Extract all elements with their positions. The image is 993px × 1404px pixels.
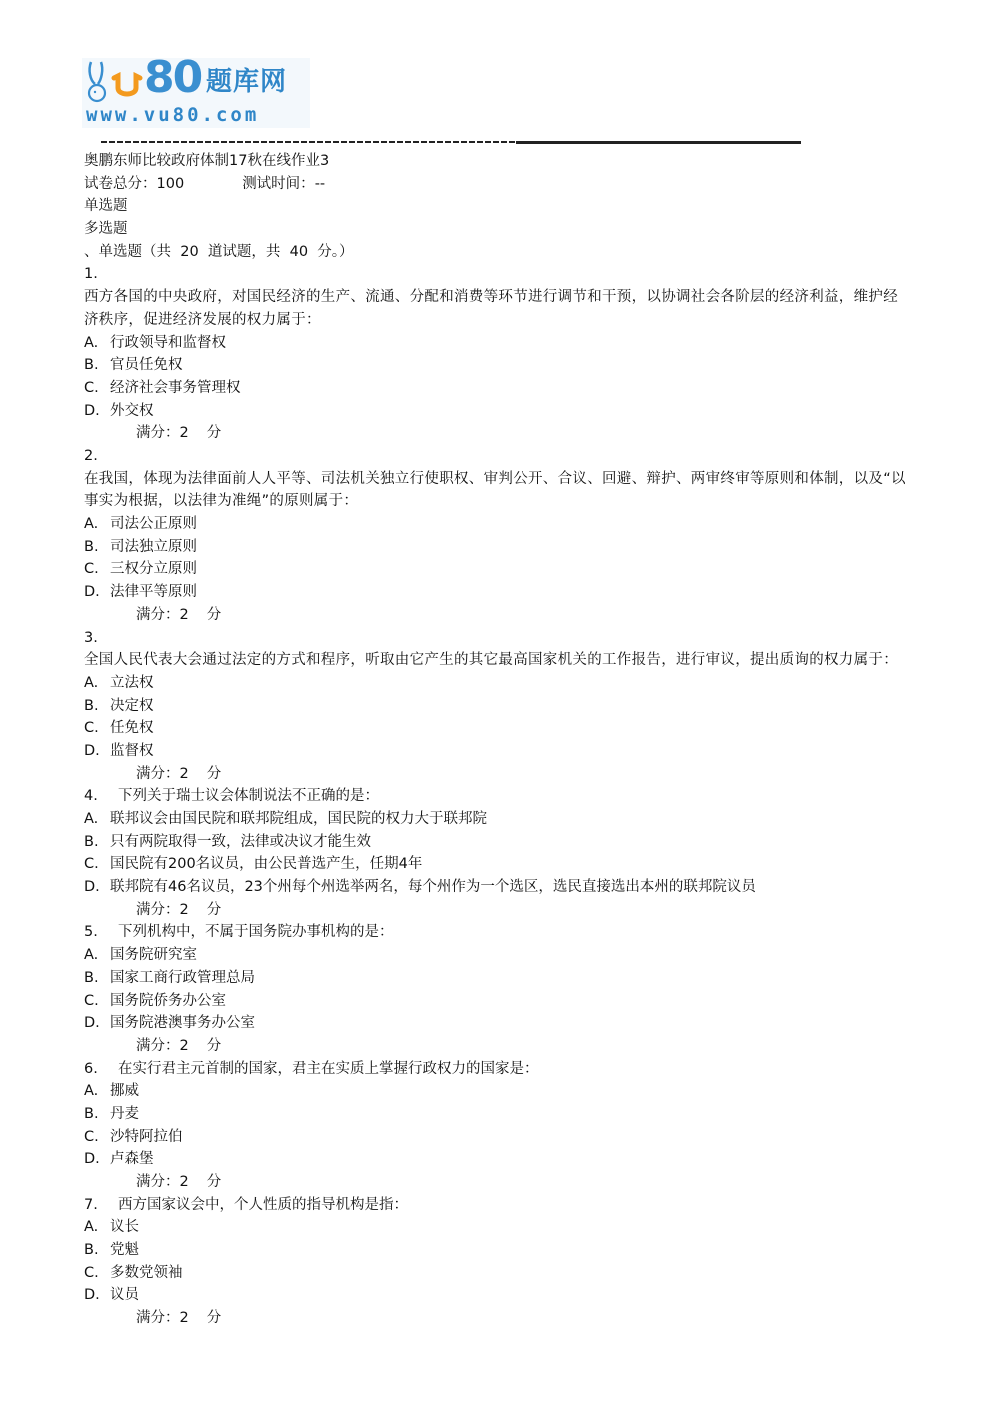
option-d: D.卢森堡	[84, 1148, 914, 1171]
option-letter: C.	[84, 1126, 110, 1149]
separator-solid	[516, 141, 801, 144]
option-letter: B.	[84, 967, 110, 990]
option-a: A.行政领导和监督权	[84, 332, 914, 355]
option-c: C.多数党领袖	[84, 1262, 914, 1285]
total-score-value: 100	[157, 176, 185, 192]
option-text: 卢森堡	[110, 1151, 154, 1167]
logo-brand-number: 80	[144, 52, 201, 104]
question-stem: 在我国，体现为法律面前人人平等、司法机关独立行使职权、审判公开、合议、回避、辩护…	[84, 468, 909, 513]
option-d: D.联邦院有46名议员，23个州每个州选举两名，每个州作为一个选区，选民直接选出…	[84, 876, 914, 899]
option-a: A.国务院研究室	[84, 944, 914, 967]
exam-meta: 试卷总分：100测试时间：--	[84, 173, 914, 196]
option-letter: D.	[84, 876, 110, 899]
option-text: 国务院研究室	[110, 947, 197, 963]
option-text: 外交权	[110, 403, 154, 419]
option-letter: B.	[84, 354, 110, 377]
option-text: 监督权	[110, 743, 154, 759]
option-c: C.经济社会事务管理权	[84, 377, 914, 400]
option-letter: C.	[84, 377, 110, 400]
section-link-single-choice[interactable]: 单选题	[84, 195, 914, 218]
question-header: 5.下列机构中，不属于国务院办事机构的是：	[84, 921, 914, 944]
option-letter: A.	[84, 332, 110, 355]
question-score: 满分：2分	[84, 1171, 914, 1194]
question-header: 7.西方国家议会中，个人性质的指导机构是指：	[84, 1194, 914, 1217]
option-d: D.法律平等原则	[84, 581, 914, 604]
question-score: 满分：2分	[84, 1307, 914, 1330]
option-text: 法律平等原则	[110, 584, 197, 600]
question-stem: 在实行君主元首制的国家，君主在实质上掌握行政权力的国家是：	[118, 1061, 539, 1077]
option-b: B.官员任免权	[84, 354, 914, 377]
option-text: 官员任免权	[110, 357, 183, 373]
option-a: A.立法权	[84, 672, 914, 695]
option-text: 决定权	[110, 698, 154, 714]
option-letter: B.	[84, 831, 110, 854]
question-1: 1. 西方各国的中央政府，对国民经济的生产、流通、分配和消费等环节进行调节和干预…	[84, 263, 914, 445]
question-4: 4.下列关于瑞士议会体制说法不正确的是： A.联邦议会由国民院和联邦院组成，国民…	[84, 785, 914, 921]
question-stem: 下列机构中，不属于国务院办事机构的是：	[118, 924, 394, 940]
option-d: D.国务院港澳事务办公室	[84, 1012, 914, 1035]
option-text: 议员	[110, 1287, 139, 1303]
option-a: A.挪威	[84, 1080, 914, 1103]
question-5: 5.下列机构中，不属于国务院办事机构的是： A.国务院研究室 B.国家工商行政管…	[84, 921, 914, 1057]
question-stem: 全国人民代表大会通过法定的方式和程序，听取由它产生的其它最高国家机关的工作报告，…	[84, 649, 909, 672]
option-letter: A.	[84, 944, 110, 967]
option-text: 国务院侨务办公室	[110, 993, 226, 1009]
option-c: C.任免权	[84, 717, 914, 740]
header-separator	[101, 141, 801, 144]
option-letter: D.	[84, 1148, 110, 1171]
option-text: 只有两院取得一致，法律或决议才能生效	[110, 834, 371, 850]
option-b: B.丹麦	[84, 1103, 914, 1126]
option-d: D.外交权	[84, 400, 914, 423]
site-logo: 80 题库网 www.vu80.com	[82, 58, 310, 128]
question-2: 2. 在我国，体现为法律面前人人平等、司法机关独立行使职权、审判公开、合议、回避…	[84, 445, 914, 627]
option-b: B.国家工商行政管理总局	[84, 967, 914, 990]
option-b: B.决定权	[84, 695, 914, 718]
option-text: 国家工商行政管理总局	[110, 970, 255, 986]
option-b: B.司法独立原则	[84, 536, 914, 559]
option-text: 立法权	[110, 675, 154, 691]
option-letter: A.	[84, 1080, 110, 1103]
option-letter: C.	[84, 990, 110, 1013]
document-body: 奥鹏东师比较政府体制17秋在线作业3 试卷总分：100测试时间：-- 单选题 多…	[84, 150, 914, 1330]
question-score: 满分：2分	[84, 1035, 914, 1058]
option-text: 司法公正原则	[110, 516, 197, 532]
section-heading: 、单选题（共 20 道试题，共 40 分。）	[84, 241, 914, 264]
option-text: 国民院有200名议员，由公民普选产生，任期4年	[110, 856, 422, 872]
question-3: 3. 全国人民代表大会通过法定的方式和程序，听取由它产生的其它最高国家机关的工作…	[84, 627, 914, 786]
test-time-label: 测试时间：	[242, 176, 315, 192]
question-number: 1.	[84, 263, 914, 286]
option-letter: C.	[84, 558, 110, 581]
test-time-value: --	[315, 176, 325, 192]
option-b: B.党魁	[84, 1239, 914, 1262]
question-score: 满分：2分	[84, 763, 914, 786]
option-a: A.司法公正原则	[84, 513, 914, 536]
question-number: 2.	[84, 445, 914, 468]
option-text: 联邦议会由国民院和联邦院组成，国民院的权力大于联邦院	[110, 811, 487, 827]
question-number: 3.	[84, 627, 914, 650]
logo-url: www.vu80.com	[86, 104, 259, 126]
option-c: C.三权分立原则	[84, 558, 914, 581]
option-letter: A.	[84, 672, 110, 695]
question-stem: 下列关于瑞士议会体制说法不正确的是：	[118, 788, 379, 804]
page-title: 奥鹏东师比较政府体制17秋在线作业3	[84, 150, 914, 173]
section-link-multiple-choice[interactable]: 多选题	[84, 218, 914, 241]
option-text: 挪威	[110, 1083, 139, 1099]
question-stem: 西方国家议会中，个人性质的指导机构是指：	[118, 1197, 408, 1213]
option-b: B.只有两院取得一致，法律或决议才能生效	[84, 831, 914, 854]
option-text: 经济社会事务管理权	[110, 380, 241, 396]
option-a: A.联邦议会由国民院和联邦院组成，国民院的权力大于联邦院	[84, 808, 914, 831]
option-letter: D.	[84, 581, 110, 604]
option-d: D.议员	[84, 1284, 914, 1307]
question-number: 6.	[84, 1058, 118, 1081]
logo-brand-name: 题库网	[206, 66, 287, 98]
question-stem: 西方各国的中央政府，对国民经济的生产、流通、分配和消费等环节进行调节和干预，以协…	[84, 286, 909, 331]
total-score-label: 试卷总分：	[84, 176, 157, 192]
option-letter: D.	[84, 1284, 110, 1307]
question-header: 4.下列关于瑞士议会体制说法不正确的是：	[84, 785, 914, 808]
option-text: 任免权	[110, 720, 154, 736]
question-score: 满分：2分	[84, 604, 914, 627]
option-text: 议长	[110, 1219, 139, 1235]
separator-dashed	[101, 141, 516, 143]
question-score: 满分：2分	[84, 899, 914, 922]
option-letter: C.	[84, 1262, 110, 1285]
option-text: 联邦院有46名议员，23个州每个州选举两名，每个州作为一个选区，选民直接选出本州…	[110, 879, 756, 895]
option-letter: D.	[84, 1012, 110, 1035]
question-header: 6.在实行君主元首制的国家，君主在实质上掌握行政权力的国家是：	[84, 1058, 914, 1081]
option-letter: C.	[84, 853, 110, 876]
option-letter: C.	[84, 717, 110, 740]
question-number: 4.	[84, 785, 118, 808]
option-c: C.沙特阿拉伯	[84, 1126, 914, 1149]
logo-u-glyph	[110, 72, 144, 102]
option-a: A.议长	[84, 1216, 914, 1239]
option-letter: D.	[84, 400, 110, 423]
option-c: C.国民院有200名议员，由公民普选产生，任期4年	[84, 853, 914, 876]
rabbit-icon	[86, 60, 112, 104]
question-number: 5.	[84, 921, 118, 944]
option-letter: B.	[84, 695, 110, 718]
option-letter: A.	[84, 513, 110, 536]
option-text: 司法独立原则	[110, 539, 197, 555]
question-number: 7.	[84, 1194, 118, 1217]
option-d: D.监督权	[84, 740, 914, 763]
option-text: 行政领导和监督权	[110, 335, 226, 351]
option-letter: B.	[84, 1103, 110, 1126]
option-letter: A.	[84, 1216, 110, 1239]
option-letter: B.	[84, 536, 110, 559]
option-text: 多数党领袖	[110, 1265, 183, 1281]
option-text: 国务院港澳事务办公室	[110, 1015, 255, 1031]
option-letter: A.	[84, 808, 110, 831]
option-text: 党魁	[110, 1242, 139, 1258]
question-score: 满分：2分	[84, 422, 914, 445]
option-text: 沙特阿拉伯	[110, 1129, 183, 1145]
option-text: 丹麦	[110, 1106, 139, 1122]
option-letter: B.	[84, 1239, 110, 1262]
option-text: 三权分立原则	[110, 561, 197, 577]
question-7: 7.西方国家议会中，个人性质的指导机构是指： A.议长 B.党魁 C.多数党领袖…	[84, 1194, 914, 1330]
option-letter: D.	[84, 740, 110, 763]
option-c: C.国务院侨务办公室	[84, 990, 914, 1013]
question-6: 6.在实行君主元首制的国家，君主在实质上掌握行政权力的国家是： A.挪威 B.丹…	[84, 1058, 914, 1194]
